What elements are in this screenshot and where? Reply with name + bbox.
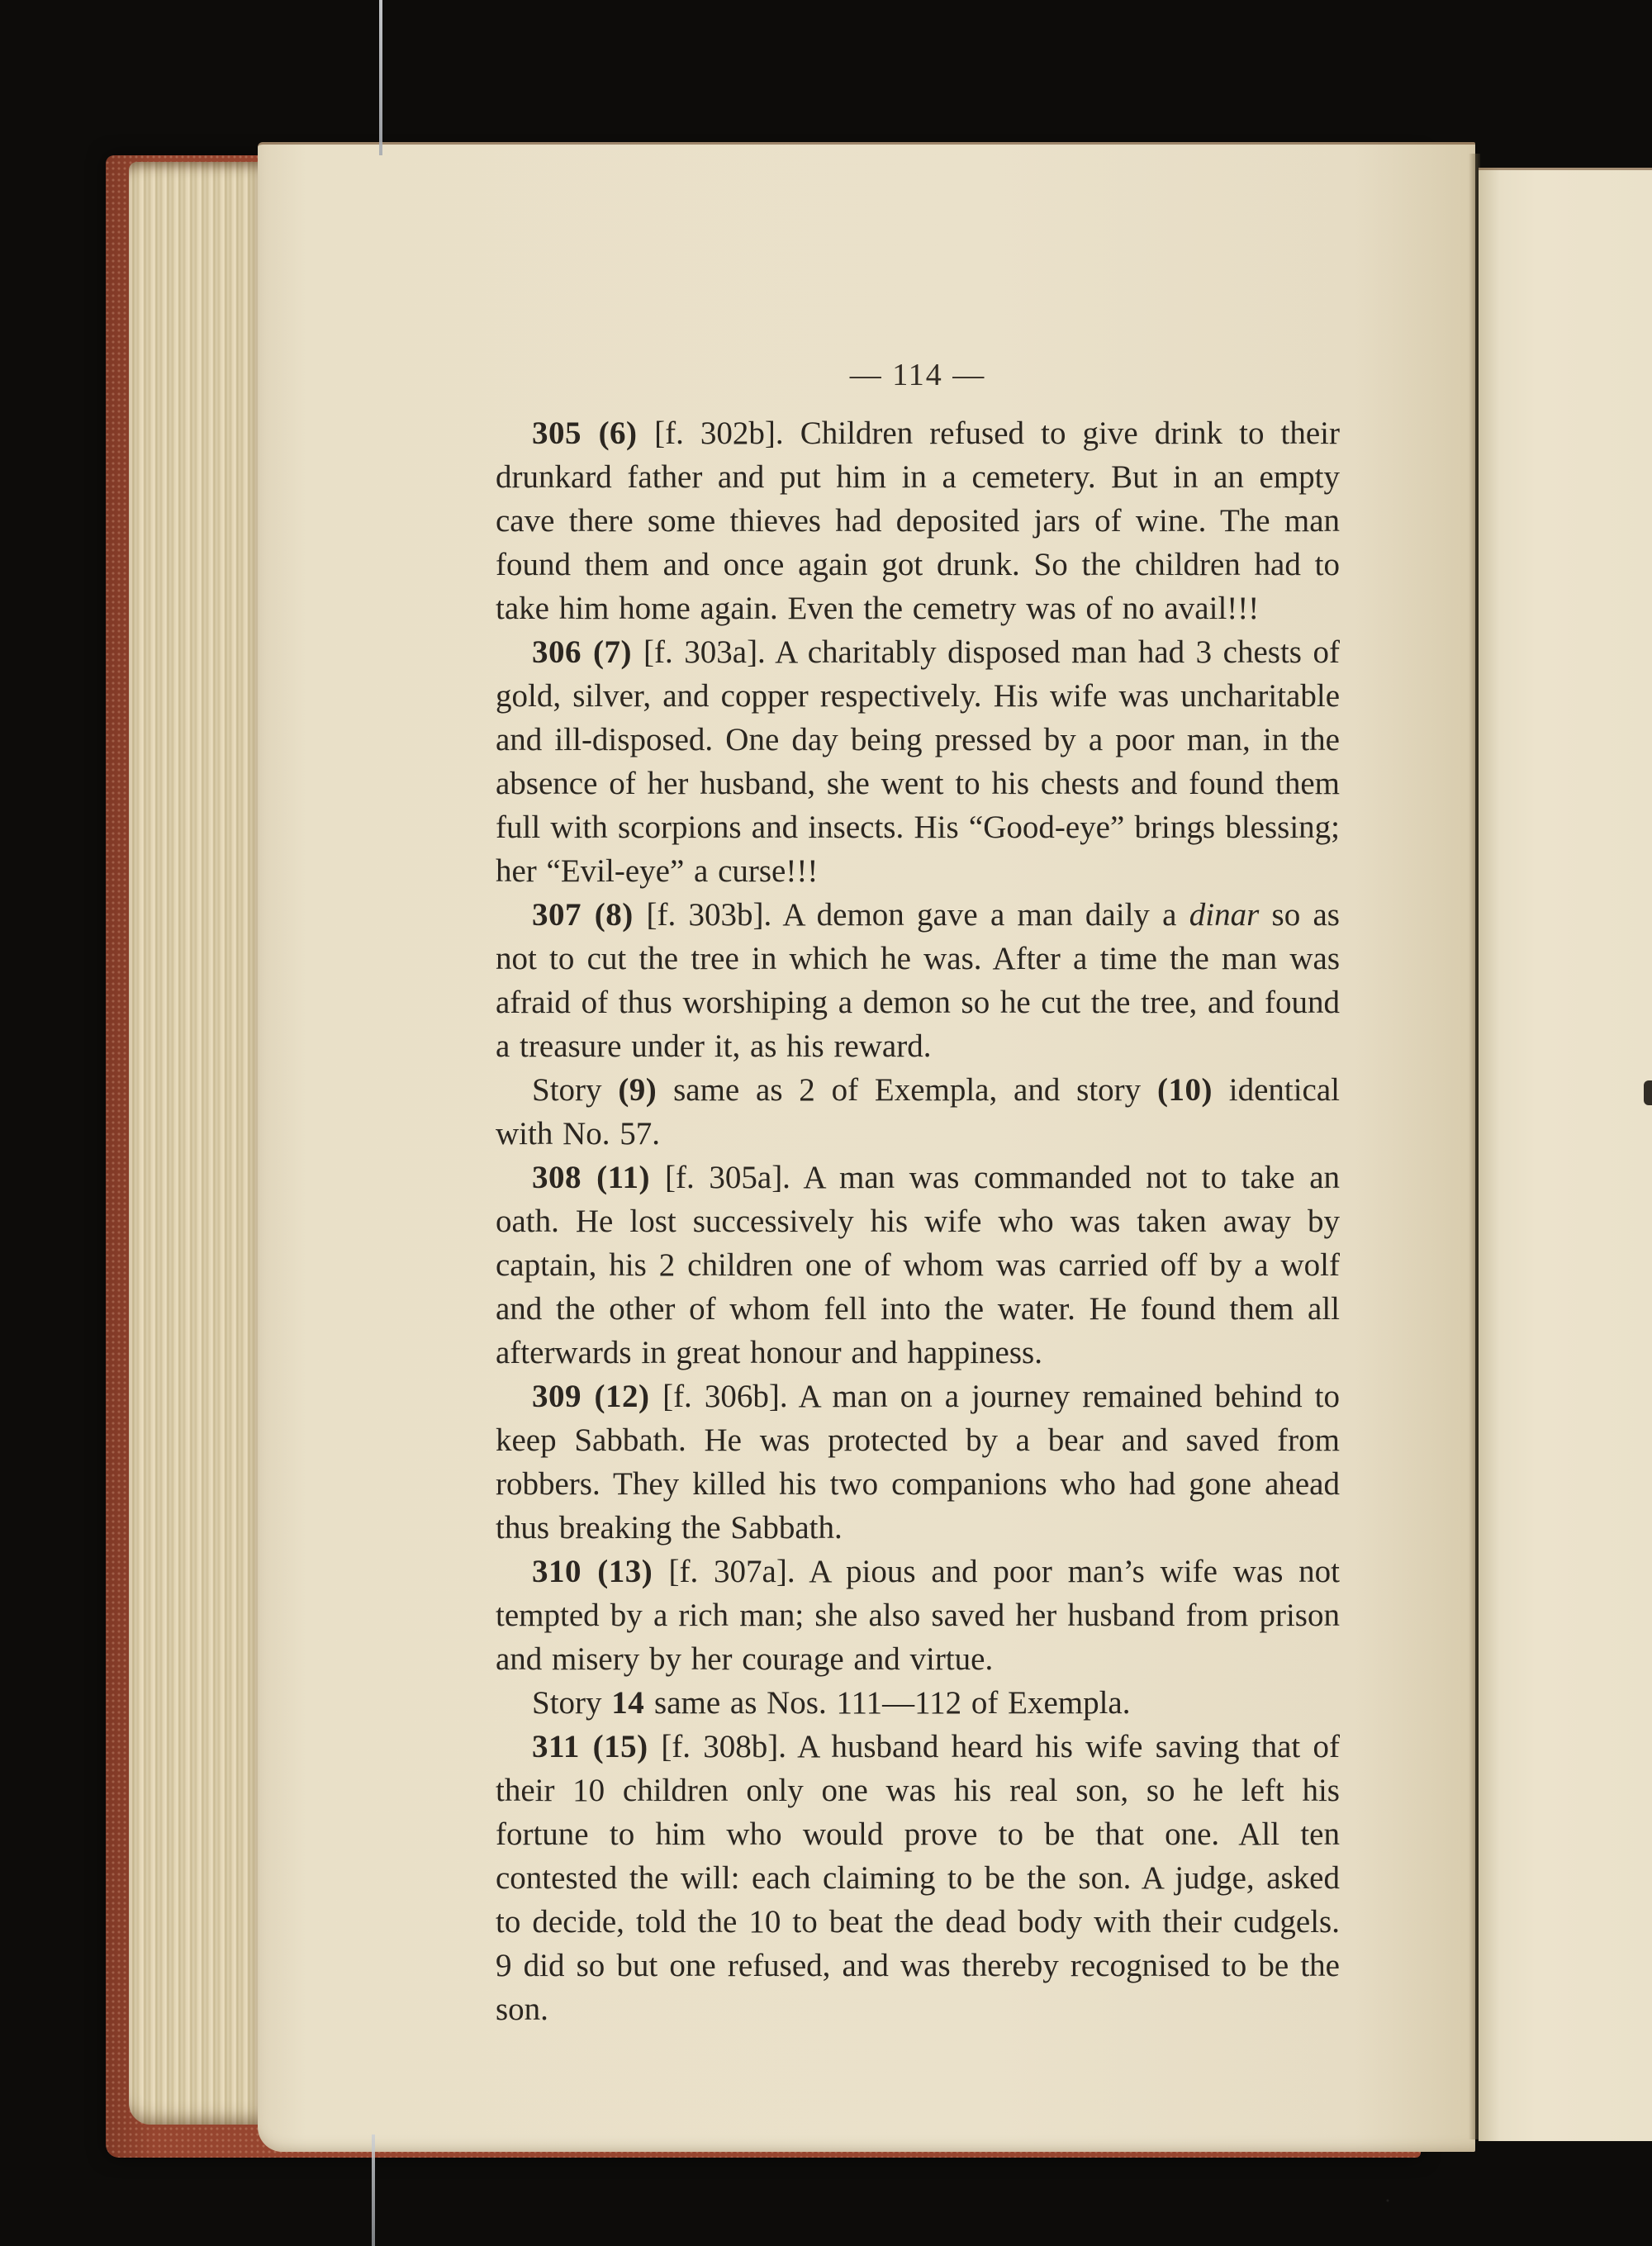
text-block: — 114 — 305 (6) [f. 302b]. Children refu… — [496, 354, 1340, 2031]
page-edge-stack — [129, 162, 261, 2125]
story-paragraph: 305 (6) [f. 302b]. Children refused to g… — [496, 411, 1340, 630]
page-number-header: — 114 — — [496, 354, 1340, 396]
story-paragraph: Story 14 same as Nos. 111—112 of Exempla… — [496, 1681, 1340, 1725]
story-paragraph: Story (9) same as 2 of Exempla, and stor… — [496, 1068, 1340, 1156]
story-paragraph: 309 (12) [f. 306b]. A man on a journey r… — [496, 1375, 1340, 1550]
story-paragraph: 311 (15) [f. 308b]. A husband heard his … — [496, 1725, 1340, 2031]
paragraphs: 305 (6) [f. 302b]. Children refused to g… — [496, 411, 1340, 2031]
story-paragraph: 310 (13) [f. 307a]. A pious and poor man… — [496, 1550, 1340, 1681]
cradle-string-top — [379, 0, 382, 155]
story-paragraph: 307 (8) [f. 303b]. A demon gave a man da… — [496, 893, 1340, 1068]
story-paragraph: 306 (7) [f. 303a]. A charitably disposed… — [496, 630, 1340, 893]
photo-background: — 114 — 305 (6) [f. 302b]. Children refu… — [0, 0, 1652, 2246]
page-edge-notch — [1644, 1080, 1652, 1105]
story-paragraph: 308 (11) [f. 305a]. A man was commanded … — [496, 1156, 1340, 1375]
right-page — [1479, 168, 1652, 2141]
cradle-string-bottom — [372, 2134, 375, 2246]
